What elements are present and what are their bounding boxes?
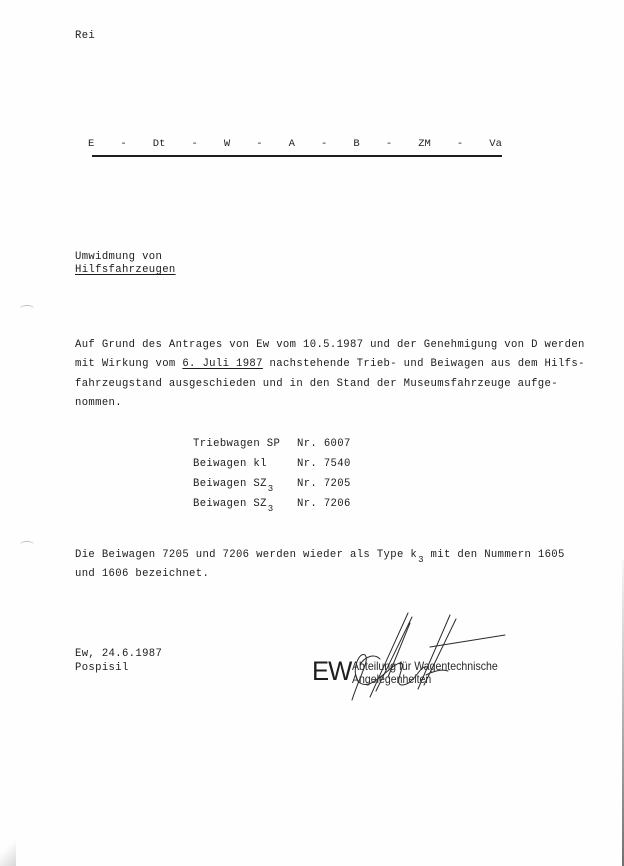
vehicle-type: Triebwagen SP [193, 438, 280, 451]
vehicle-list: Triebwagen SP Nr. 6007 Beiwagen kl Nr. 7… [193, 438, 233, 516]
document-page: Rei E - Dt - W - A - B - ZM - Va Umwidmu… [0, 0, 624, 866]
vehicle-type-text: Beiwagen SZ [193, 498, 267, 510]
renaming-line-1-pre: Die Beiwagen 7205 und 7206 werden wieder… [75, 549, 417, 561]
vehicle-type: Beiwagen SZ3 [193, 498, 274, 511]
body-line-4: nommen. [75, 397, 122, 410]
dist-separator: - [120, 138, 126, 150]
vehicle-type-subscript: 3 [268, 484, 274, 494]
scan-corner-shadow [0, 836, 16, 866]
vehicle-number: Nr. 7205 [297, 478, 351, 491]
type-subscript: 3 [418, 555, 424, 565]
effective-date: 6. Juli 1987 [182, 358, 263, 370]
place-date: Ew, 24.6.1987 [75, 648, 162, 661]
handwritten-signature [330, 605, 510, 705]
dist-item: A [289, 138, 295, 150]
body-line-2: mit Wirkung vom 6. Juli 1987 nachstehend… [75, 358, 585, 371]
distribution-list: E - Dt - W - A - B - ZM - Va [88, 138, 502, 150]
reference-initials: Rei [75, 30, 95, 43]
dist-item: ZM [418, 138, 431, 150]
vehicle-type-text: Beiwagen SZ [193, 478, 267, 490]
vehicle-type-text: Triebwagen SP [193, 438, 280, 450]
vehicle-number: Nr. 6007 [297, 438, 351, 451]
body-line-1: Auf Grund des Antrages von Ew vom 10.5.1… [75, 339, 585, 352]
subject-line-2: Hilfsfahrzeugen [75, 264, 176, 277]
subject-line-1: Umwidmung von [75, 251, 162, 264]
dist-item: Dt [153, 138, 166, 150]
punch-hole-mark [20, 305, 34, 312]
author-name: Pospisil [75, 662, 129, 675]
vehicle-type: Beiwagen kl [193, 458, 267, 471]
vehicle-row: Beiwagen SZ3 Nr. 7205 [193, 478, 233, 496]
distribution-rule [92, 155, 502, 157]
dist-separator: - [256, 138, 262, 150]
vehicle-type: Beiwagen SZ3 [193, 478, 274, 491]
dist-separator: - [321, 138, 327, 150]
body-line-3: fahrzeugstand ausgeschieden und in den S… [75, 378, 558, 391]
vehicle-type-text: Beiwagen kl [193, 458, 267, 470]
dist-separator: - [386, 138, 392, 150]
dist-item: E [88, 138, 94, 150]
body-line-2-post: nachstehende Trieb- und Beiwagen aus dem… [263, 358, 585, 370]
punch-hole-mark [20, 541, 34, 548]
vehicle-row: Beiwagen kl Nr. 7540 [193, 458, 233, 476]
dist-item: Va [489, 138, 502, 150]
dist-item: B [353, 138, 359, 150]
renaming-line-2: und 1606 bezeichnet. [75, 568, 209, 581]
dist-item: W [224, 138, 230, 150]
vehicle-type-subscript: 3 [268, 504, 274, 514]
dist-separator: - [457, 138, 463, 150]
vehicle-row: Triebwagen SP Nr. 6007 [193, 438, 233, 456]
vehicle-number: Nr. 7540 [297, 458, 351, 471]
renaming-line-1-post: mit den Nummern 1605 [424, 549, 565, 561]
vehicle-row: Beiwagen SZ3 Nr. 7206 [193, 498, 233, 516]
dist-separator: - [191, 138, 197, 150]
renaming-line-1: Die Beiwagen 7205 und 7206 werden wieder… [75, 549, 565, 562]
vehicle-number: Nr. 7206 [297, 498, 351, 511]
body-line-2-pre: mit Wirkung vom [75, 358, 182, 370]
